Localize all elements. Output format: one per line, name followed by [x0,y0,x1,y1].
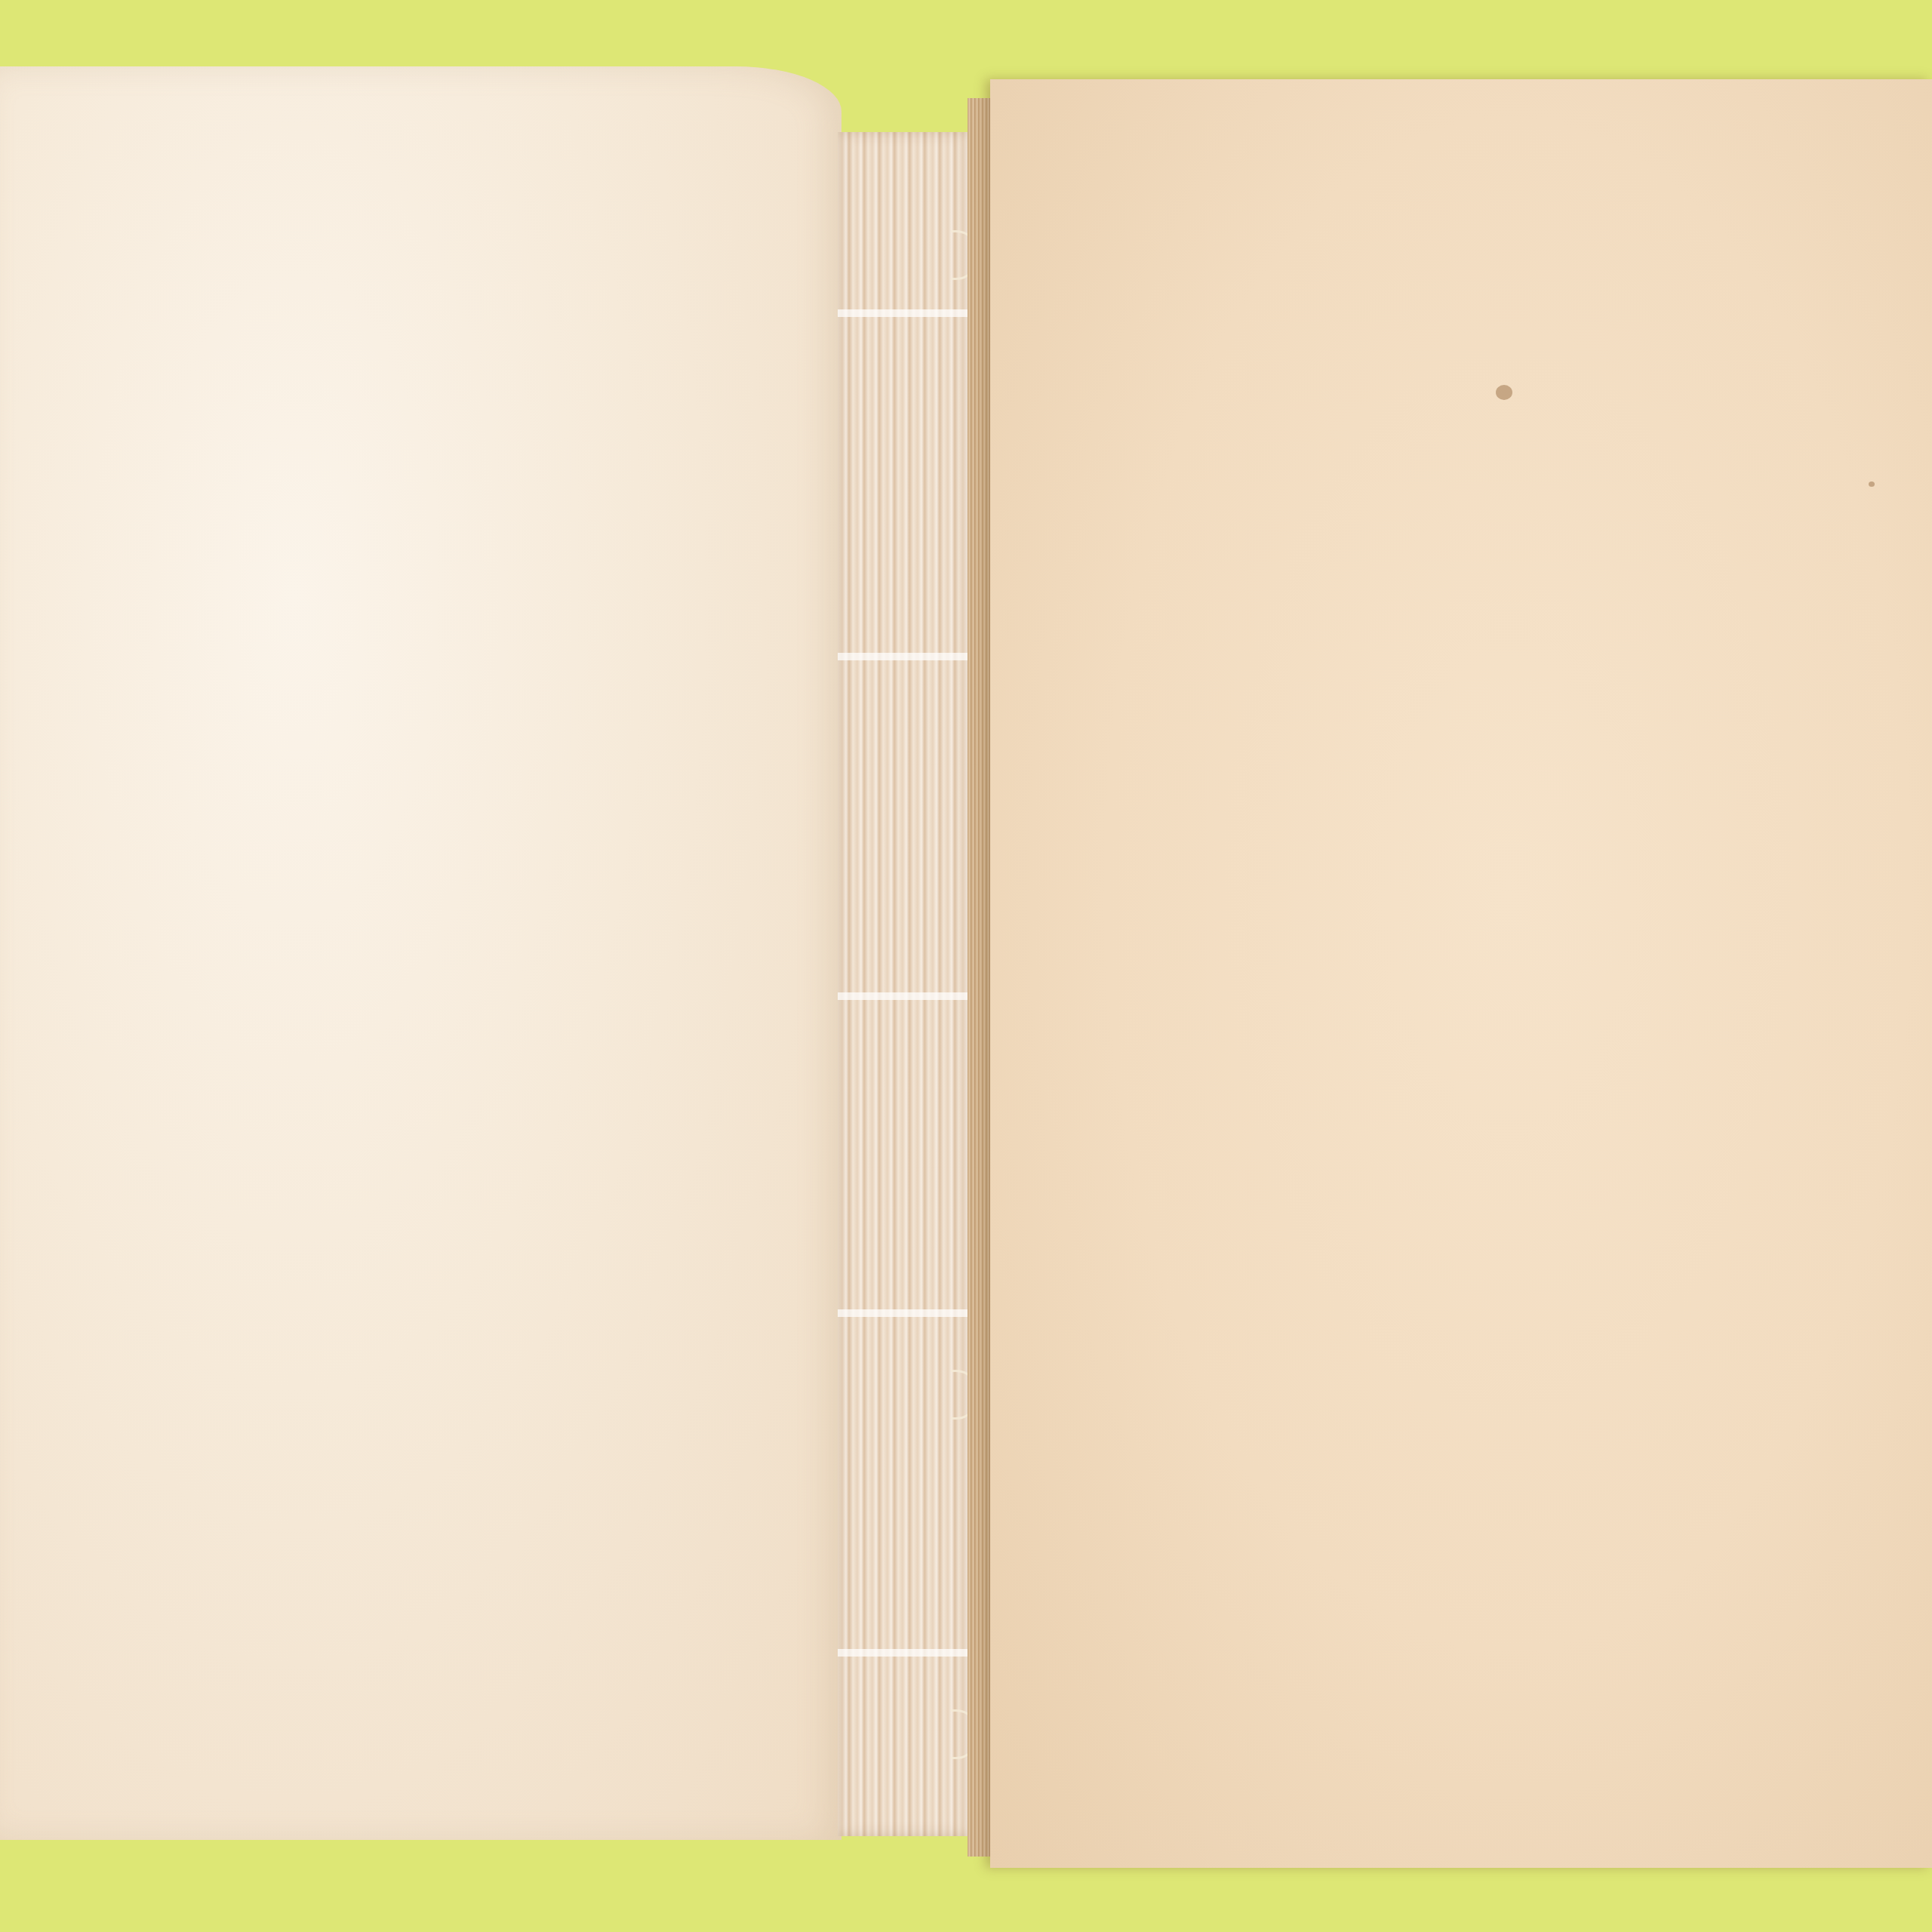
spine-kettle-stitch-band [838,1649,970,1657]
foxing-spot [1496,385,1512,400]
left-endpaper-page [0,66,841,1840]
foxing-spot [1869,481,1875,487]
text-block-page-edges [968,98,993,1857]
book-spine-gutter [838,132,970,1836]
spine-sewing-band [838,653,970,660]
photo-scene [0,0,1932,1932]
spine-kettle-stitch-band [838,309,970,317]
spine-sewing-band [838,992,970,1000]
spine-sewing-band [838,1309,970,1317]
right-page [990,79,1932,1868]
